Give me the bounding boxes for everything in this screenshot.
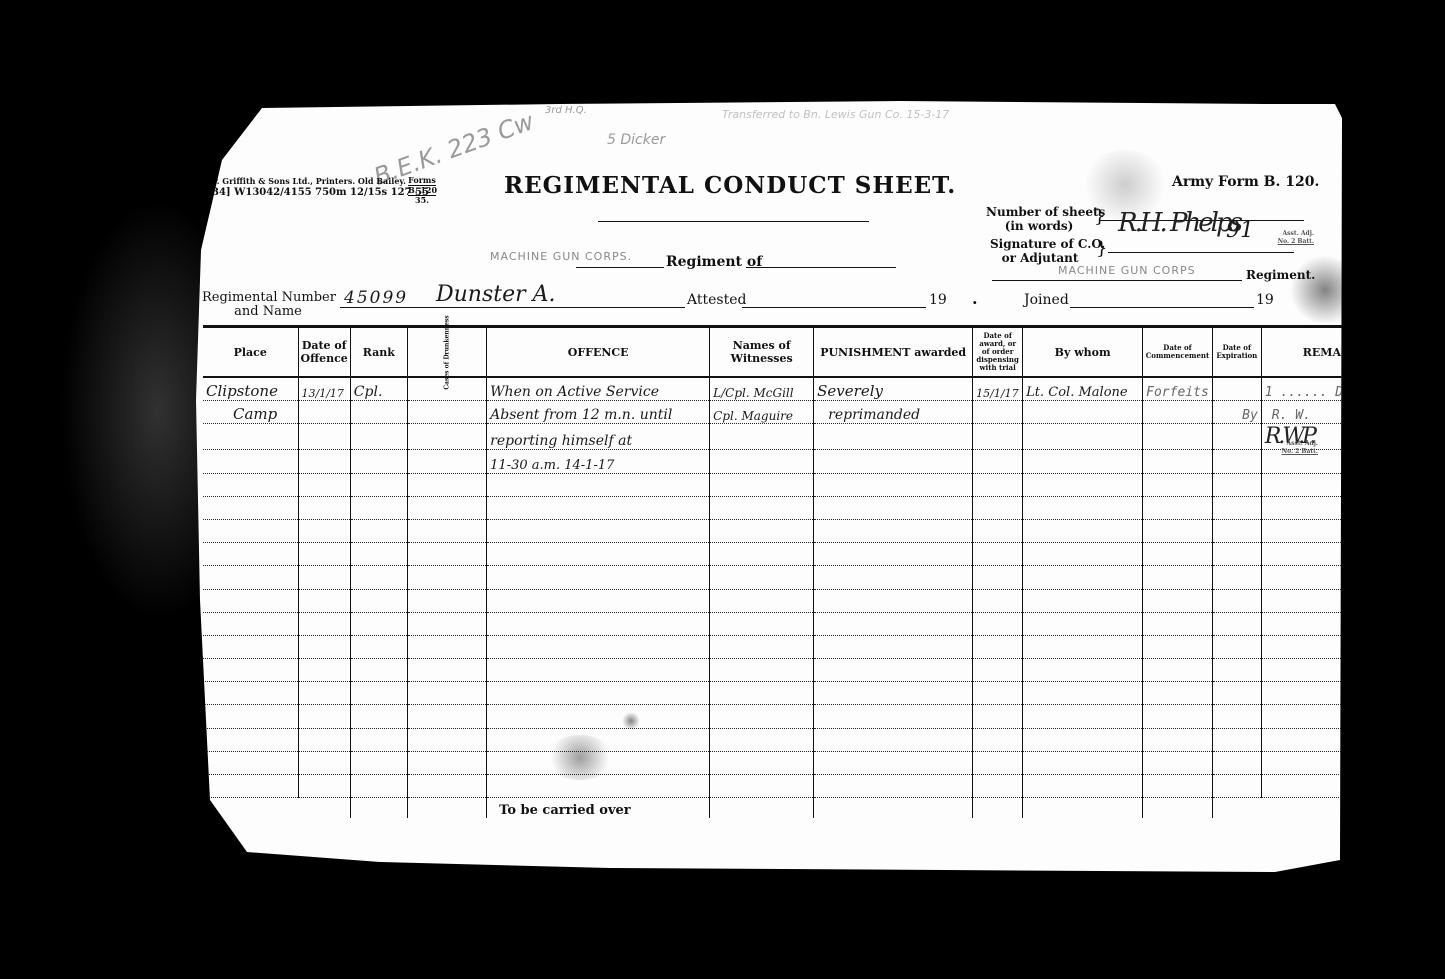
cell-punishment	[814, 424, 973, 450]
col-drunkenness: Cases of Drunkenness	[407, 327, 486, 378]
pencil-note: Transferred to Bn. Lewis Gun Co. 15-3-17	[722, 108, 949, 121]
col-offence: OFFENCE	[487, 327, 710, 378]
carried-over-label: To be carried over	[487, 798, 710, 819]
empty-row	[203, 659, 1409, 682]
cell-place: Camp	[203, 401, 298, 424]
cell-offence: reporting himself at	[487, 424, 710, 450]
conduct-table: Place Date of Offence Rank Cases of Drun…	[203, 325, 1409, 818]
cell-expiration	[1212, 450, 1261, 473]
cell-commencement	[1143, 401, 1213, 424]
brace-icon: }	[1094, 206, 1105, 227]
empty-row	[203, 775, 1409, 798]
cell-place	[203, 424, 298, 450]
carried-over-row: To be carried over	[203, 798, 1409, 819]
attested-label: Attested	[687, 292, 746, 308]
army-form-number: Army Form B. 120.	[1172, 174, 1319, 190]
regiment-of-field[interactable]	[746, 267, 896, 268]
cell-rank: Cpl.	[350, 377, 407, 401]
printer-line-2: 34] W13042/4155 750m 12/15s 127 55	[212, 187, 429, 199]
cell-punishment: Severely	[814, 377, 973, 401]
cell-commencement	[1143, 424, 1213, 450]
joined-field[interactable]	[1070, 307, 1254, 308]
soldier-name: Dunster A.	[436, 282, 556, 307]
page-title: REGIMENTAL CONDUCT SHEET.	[504, 172, 956, 199]
table-header-row: Place Date of Offence Rank Cases of Drun…	[203, 327, 1409, 378]
regiment-stamp: MACHINE GUN CORPS.	[490, 250, 632, 263]
cell-by-whom: Lt. Col. Malone	[1023, 377, 1143, 401]
col-remarks: REMARKS	[1261, 327, 1408, 378]
reg-number-value: 45099	[344, 288, 408, 308]
empty-row	[203, 496, 1409, 519]
empty-row	[203, 566, 1409, 589]
cell-witness: Cpl. Maguire	[710, 401, 814, 424]
cell-witness	[710, 424, 814, 450]
col-date-of-award: Date of award, or of order dispensing wi…	[973, 327, 1023, 378]
table-row: Camp Absent from 12 m.n. until Cpl. Magu…	[203, 401, 1409, 424]
brace-icon: }	[1096, 238, 1107, 259]
cell-rank	[350, 424, 407, 450]
cell-award-date: 15/1/17	[973, 377, 1023, 401]
ink-smudge	[1290, 255, 1360, 325]
cell-remarks: 1 ...... Day's Pay	[1261, 377, 1408, 401]
remarks-adjutant-stamp: Asst. Adj. No. 2 Batt.	[1270, 440, 1318, 456]
cell-drunkenness	[407, 401, 486, 424]
empty-row	[203, 728, 1409, 751]
table-row: 11-30 a.m. 14-1-17	[203, 450, 1409, 473]
cell-expiration: By	[1212, 401, 1261, 424]
cell-place	[203, 450, 298, 473]
cell-offence: Absent from 12 m.n. until	[487, 401, 710, 424]
attested-year: 19	[929, 292, 947, 308]
cell-award-date	[973, 450, 1023, 473]
col-witnesses: Names of Witnesses	[710, 327, 814, 378]
empty-row	[203, 543, 1409, 566]
form-code: Forms B. 120 35.	[408, 176, 436, 205]
col-by-whom: By whom	[1023, 327, 1143, 378]
cell-drunkenness	[407, 424, 486, 450]
regiment-stamp-right: MACHINE GUN CORPS	[1058, 264, 1196, 277]
co-signature: R.H. Phelps	[1118, 208, 1240, 238]
cell-remarks: R. W.	[1261, 401, 1408, 424]
cell-commencement: Forfeits	[1143, 377, 1213, 401]
cell-by-whom	[1023, 450, 1143, 473]
table-row: reporting himself at R.W.P.	[203, 424, 1409, 450]
empty-row	[203, 751, 1409, 774]
regiment-label: Regiment.	[1246, 268, 1315, 282]
adjutant-stamp: Asst. Adj. No. 2 Batt.	[1262, 230, 1314, 246]
empty-row	[203, 612, 1409, 635]
cell-offence: When on Active Service	[487, 377, 710, 401]
cell-offence: 11-30 a.m. 14-1-17	[487, 450, 710, 473]
cell-drunkenness	[407, 450, 486, 473]
scan-shadow	[60, 200, 200, 620]
signature-field[interactable]	[1108, 252, 1294, 253]
cell-date	[298, 450, 350, 473]
joined-year: 19	[1256, 292, 1274, 308]
sheets-label: Number of sheets (in words)	[986, 205, 1092, 233]
signature-suffix: 91	[1226, 218, 1254, 243]
conduct-sheet-page: B.E.K. 223 Cw 3rd H.Q. 5 Dicker Transfer…	[0, 0, 1445, 979]
cell-by-whom	[1023, 424, 1143, 450]
cell-place: Clipstone	[203, 377, 298, 401]
empty-row	[203, 589, 1409, 612]
cell-punishment	[814, 450, 973, 473]
signature-label: Signature of C.O. or Adjutant	[990, 237, 1090, 265]
empty-row	[203, 705, 1409, 728]
joined-label: Joined	[1024, 292, 1069, 308]
cell-witness	[710, 450, 814, 473]
cell-expiration	[1212, 377, 1261, 401]
empty-row	[203, 519, 1409, 542]
cell-rank	[350, 450, 407, 473]
col-rank: Rank	[350, 327, 407, 378]
cell-date	[298, 424, 350, 450]
cell-date	[298, 401, 350, 424]
name-field[interactable]	[340, 307, 685, 308]
pencil-note: 5 Dicker	[607, 132, 665, 148]
cell-award-date	[973, 401, 1023, 424]
empty-row	[203, 635, 1409, 658]
cell-punishment: reprimanded	[814, 401, 973, 424]
cell-witness: L/Cpl. McGill	[710, 377, 814, 401]
col-expiration: Date of Expiration	[1212, 327, 1261, 378]
cell-by-whom	[1023, 401, 1143, 424]
reg-number-label: Regimental Number and Name	[202, 291, 334, 319]
empty-row	[203, 473, 1409, 496]
attested-field[interactable]	[742, 307, 926, 308]
empty-row	[203, 682, 1409, 705]
col-commencement: Date of Commencement	[1143, 327, 1213, 378]
separator-dot: .	[972, 289, 978, 308]
cell-commencement	[1143, 450, 1213, 473]
regiment-field[interactable]	[992, 280, 1242, 281]
cell-expiration	[1212, 424, 1261, 450]
cell-date: 13/1/17	[298, 377, 350, 401]
col-date-of-offence: Date of Offence	[298, 327, 350, 378]
table-row: Clipstone 13/1/17 Cpl. When on Active Se…	[203, 377, 1409, 401]
pencil-note-super: 3rd H.Q.	[545, 105, 587, 116]
regiment-line	[576, 267, 664, 268]
printer-line-1: P. Griffith & Sons Ltd., Printers. Old B…	[212, 175, 406, 187]
cell-award-date	[973, 424, 1023, 450]
cell-rank	[350, 401, 407, 424]
col-place: Place	[203, 327, 298, 378]
col-punishment: PUNISHMENT awarded	[814, 327, 973, 378]
title-rule	[598, 221, 869, 222]
